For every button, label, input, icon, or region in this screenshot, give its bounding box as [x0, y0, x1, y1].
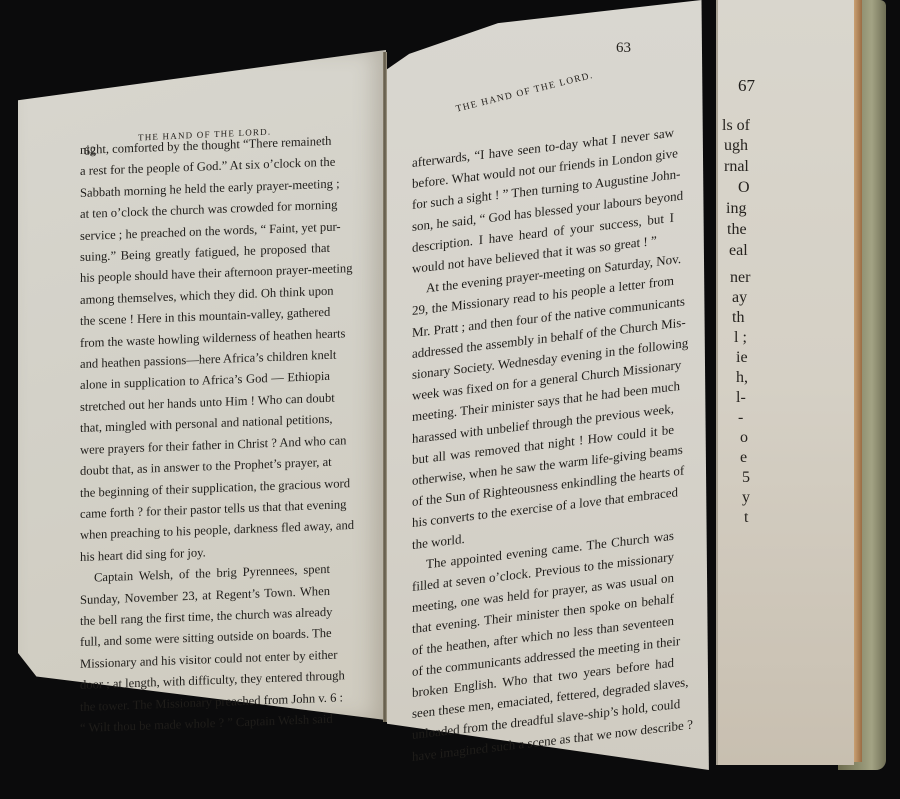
text-fragment: l ;: [734, 330, 747, 346]
text-fragment: l-: [736, 390, 746, 406]
left-page-text: night, comforted by the thought “There r…: [80, 131, 330, 740]
text-fragment: o: [740, 430, 748, 446]
text-fragment: eal: [729, 243, 748, 259]
text-fragment: ay: [732, 290, 747, 306]
page-number: 67: [738, 76, 755, 96]
right-page-text: afterwards, “I have seen to-day what I n…: [412, 122, 674, 767]
book-photo: 67 ls of ugh rnal O ing the eal ner ay t…: [0, 0, 900, 799]
book-gutter: [383, 52, 387, 722]
text-fragment: h,: [736, 370, 748, 386]
text-fragment: ner: [730, 270, 750, 286]
text-fragment: y: [742, 490, 750, 506]
text-fragment: th: [732, 310, 744, 326]
text-fragment: the: [727, 222, 747, 238]
text-fragment: O: [738, 180, 750, 196]
text-fragment: ls of: [722, 118, 750, 134]
text-fragment: -: [738, 410, 743, 426]
text-fragment: ugh: [724, 138, 748, 154]
text-fragment: ie: [736, 350, 748, 366]
page-number: 63: [616, 40, 631, 57]
text-fragment: ing: [726, 201, 746, 217]
text-fragment: t: [744, 510, 748, 526]
text-fragment: 5: [742, 470, 750, 486]
text-fragment: rnal: [724, 159, 749, 175]
text-fragment: e: [740, 450, 747, 466]
page-67: 67 ls of ugh rnal O ing the eal ner ay t…: [716, 0, 854, 765]
